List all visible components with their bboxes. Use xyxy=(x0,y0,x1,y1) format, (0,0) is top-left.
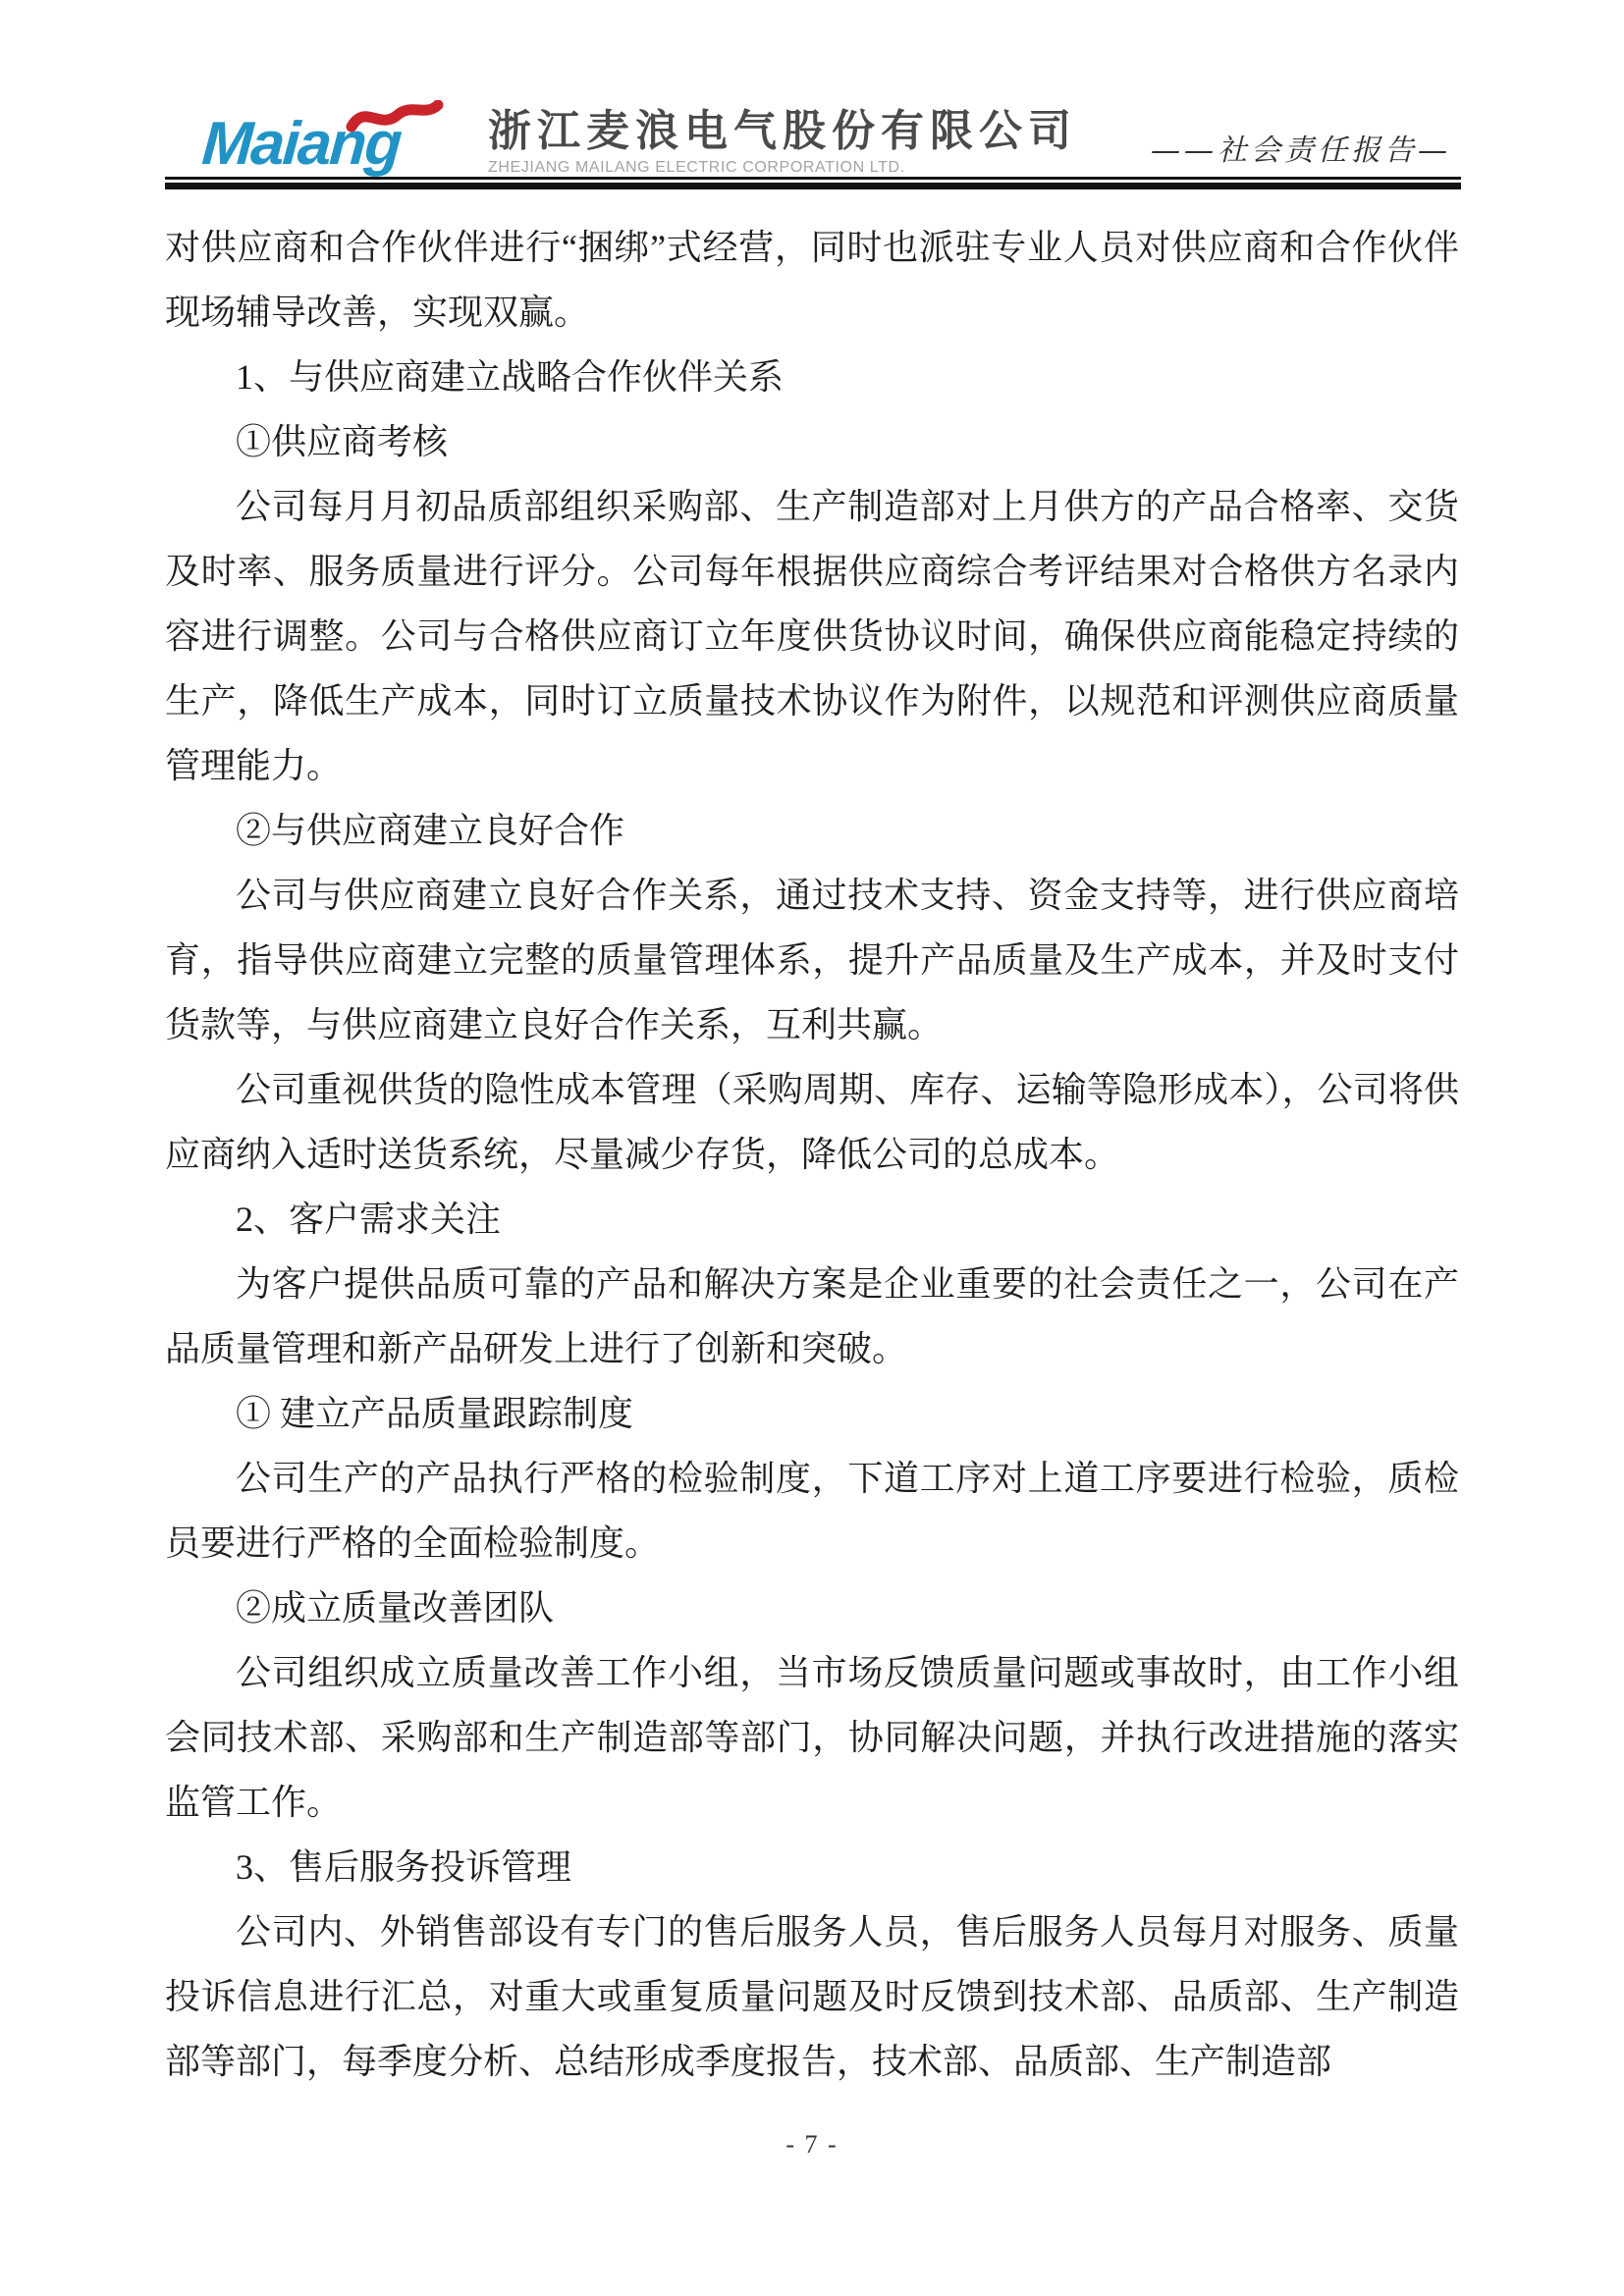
header-rule-thin-line xyxy=(165,177,1461,180)
company-name-en: ZHEJIANG MAILANG ELECTRIC CORPORATION LT… xyxy=(488,159,1077,177)
paragraph: 对供应商和合作伙伴进行“捆绑”式经营，同时也派驻专业人员对供应商和合作伙伴现场辅… xyxy=(165,215,1459,345)
company-name-cn: 浙江麦浪电气股份有限公司 xyxy=(488,108,1077,155)
paragraph: 公司每月月初品质部组织采购部、生产制造部对上月供方的产品合格率、交货及时率、服务… xyxy=(165,474,1459,798)
body-paragraphs: 对供应商和合作伙伴进行“捆绑”式经营，同时也派驻专业人员对供应商和合作伙伴现场辅… xyxy=(165,215,1459,2094)
page-footer: - 7 - xyxy=(0,2130,1624,2160)
paragraph: 2、客户需求关注 xyxy=(165,1187,1459,1252)
paragraph: ②成立质量改善团队 xyxy=(165,1575,1459,1640)
company-names: 浙江麦浪电气股份有限公司 ZHEJIANG MAILANG ELECTRIC C… xyxy=(488,108,1077,177)
report-page: Maiang 浙江麦浪电气股份有限公司 ZHEJIANG MAILANG ELE… xyxy=(0,0,1624,2296)
header-rule xyxy=(165,177,1461,189)
paragraph: 公司组织成立质量改善工作小组，当市场反馈质量问题或事故时，由工作小组会同技术部、… xyxy=(165,1640,1459,1835)
paragraph: 1、与供应商建立战略合作伙伴关系 xyxy=(165,345,1459,409)
paragraph: 公司内、外销售部设有专门的售后服务人员，售后服务人员每月对服务、质量投诉信息进行… xyxy=(165,1899,1459,2094)
paragraph: 为客户提供品质可靠的产品和解决方案是企业重要的社会责任之一，公司在产品质量管理和… xyxy=(165,1252,1459,1381)
page-number: - 7 - xyxy=(785,2130,838,2159)
paragraph: 公司与供应商建立良好合作关系，通过技术支持、资金支持等，进行供应商培育，指导供应… xyxy=(165,863,1459,1057)
paragraph: 公司重视供货的隐性成本管理（采购周期、库存、运输等隐形成本），公司将供应商纳入适… xyxy=(165,1057,1459,1187)
header-rule-thick-line xyxy=(165,183,1461,189)
paragraph: 公司生产的产品执行严格的检验制度，下道工序对上道工序要进行检验，质检员要进行严格… xyxy=(165,1446,1459,1575)
company-logo: Maiang xyxy=(202,102,487,177)
paragraph: ②与供应商建立良好合作 xyxy=(165,798,1459,863)
paragraph: 3、售后服务投诉管理 xyxy=(165,1835,1459,1899)
logo-wordmark: Maiang xyxy=(200,114,403,175)
report-title: ——社会责任报告— xyxy=(1151,126,1451,169)
paragraph: ①供应商考核 xyxy=(165,409,1459,474)
paragraph: ① 建立产品质量跟踪制度 xyxy=(165,1381,1459,1446)
